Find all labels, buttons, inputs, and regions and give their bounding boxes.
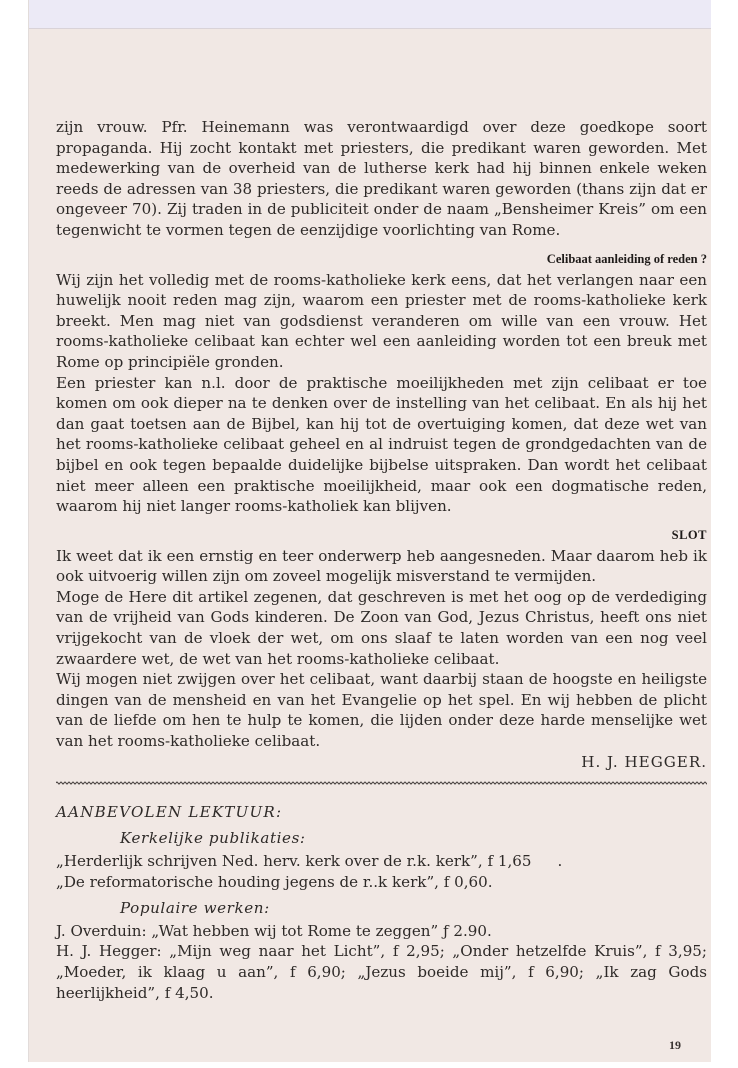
opening-paragraph: zijn vrouw. Pfr. Heinemann was verontwaa… [56, 117, 707, 241]
article-body: zijn vrouw. Pfr. Heinemann was verontwaa… [56, 117, 707, 1003]
reading-list-item: „Herderlijk schrijven Ned. herv. kerk ov… [56, 851, 707, 872]
reading-list-item: „De reformatorische houding jegens de r.… [56, 872, 707, 893]
section-heading-slot: SLOT [56, 526, 707, 544]
paragraph: Wij zijn het volledig met de rooms-katho… [56, 270, 707, 373]
paragraph: Moge de Here dit artikel zegenen, dat ge… [56, 587, 707, 669]
stray-dot: . [557, 852, 562, 870]
wavy-divider [56, 780, 707, 786]
section-heading-celibaat: Celibaat aanleiding of reden ? [56, 250, 707, 268]
paragraph: Ik weet dat ik een ernstig en teer onder… [56, 546, 707, 587]
reading-list-item: J. Overduin: „Wat hebben wij tot Rome te… [56, 921, 707, 942]
paragraph: Een priester kan n.l. door de praktische… [56, 373, 707, 517]
reading-list-title: AANBEVOLEN LEKTUUR: [56, 802, 707, 823]
paragraph: Wij mogen niet zwijgen over het celibaat… [56, 669, 707, 751]
document-page: zijn vrouw. Pfr. Heinemann was verontwaa… [28, 0, 711, 1062]
reading-group-title: Populaire werken: [120, 898, 707, 919]
page-top-strip [29, 0, 711, 29]
reading-group-title: Kerkelijke publikaties: [120, 828, 707, 849]
author-signature: H. J. HEGGER. [56, 752, 707, 773]
reading-list-item: H. J. Hegger: „Mijn weg naar het Licht”,… [56, 941, 707, 1003]
page-number: 19 [669, 1038, 681, 1053]
